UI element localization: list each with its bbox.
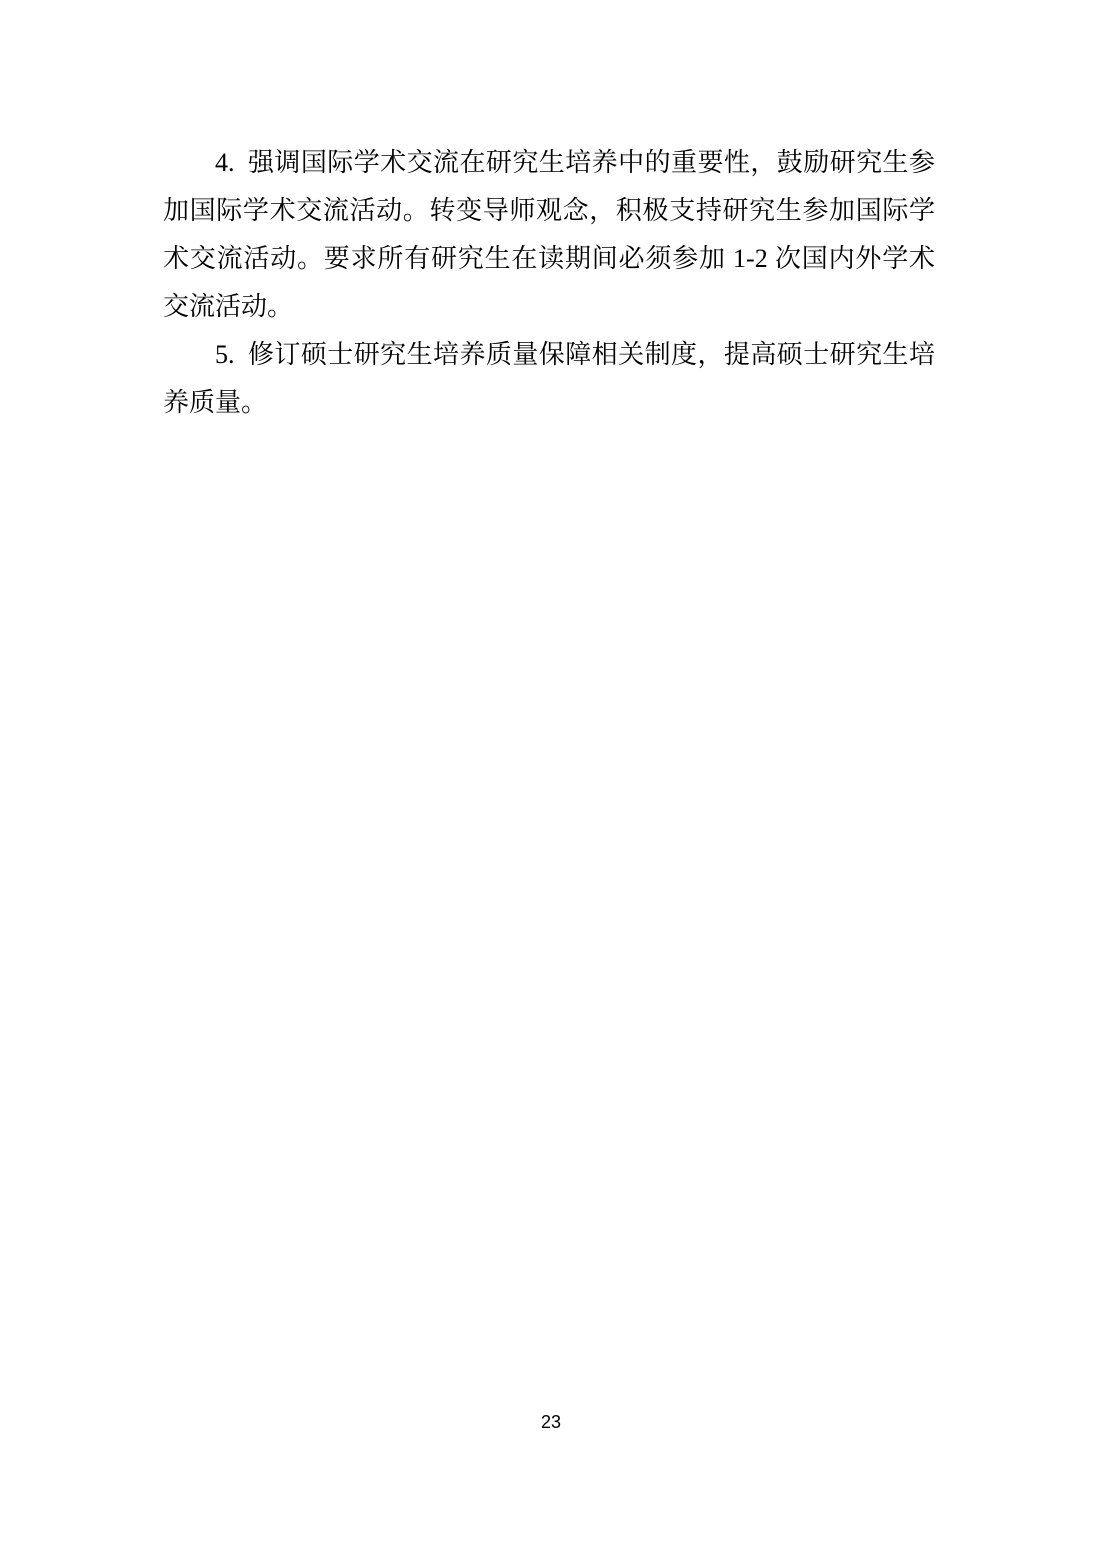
page-footer: 23 [0, 1412, 1102, 1433]
page-number: 23 [541, 1412, 561, 1432]
paragraph-item-5: 5. 修订硕士研究生培养质量保障相关制度，提高硕士研究生培养质量。 [163, 331, 935, 427]
paragraph-item-4: 4. 强调国际学术交流在研究生培养中的重要性，鼓励研究生参加国际学术交流活动。转… [163, 139, 935, 331]
document-page: 4. 强调国际学术交流在研究生培养中的重要性，鼓励研究生参加国际学术交流活动。转… [0, 0, 1102, 1559]
document-body: 4. 强调国际学术交流在研究生培养中的重要性，鼓励研究生参加国际学术交流活动。转… [163, 139, 935, 427]
